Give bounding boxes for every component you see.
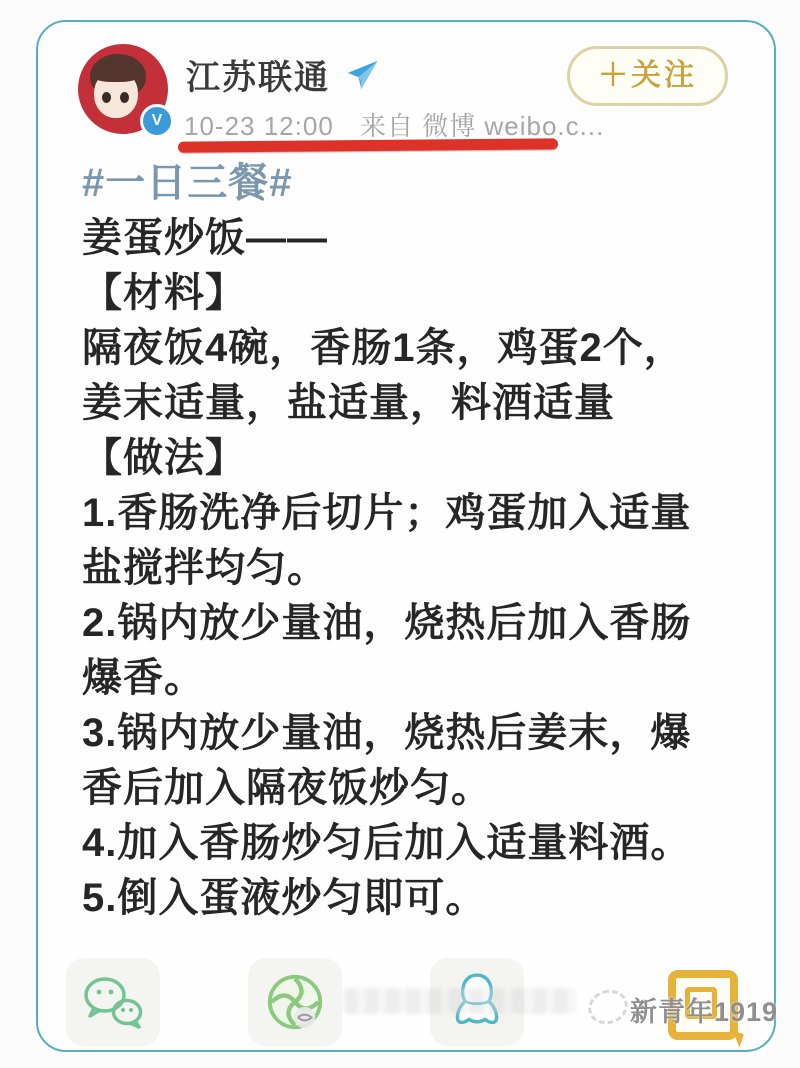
post-text-line: 姜蛋炒饭—— (82, 211, 742, 266)
faint-watermark-smudge (344, 988, 576, 1014)
avatar-eye (102, 92, 111, 103)
hashtag-link[interactable]: #一日三餐# (82, 156, 742, 211)
post-content: #一日三餐# 姜蛋炒饭—— 【材料】 隔夜饭4碗，香肠1条，鸡蛋2个， 姜末适量… (82, 156, 742, 926)
author-name[interactable]: 江苏联通 (186, 50, 330, 99)
post-text-line: 【材料】 (82, 266, 742, 321)
post-text-line: 姜末适量，盐适量，料酒适量 (82, 376, 742, 431)
avatar-fringe (92, 66, 140, 82)
post-text-line: 2.锅内放少量油，烧热后加入香肠 (82, 596, 742, 651)
follow-button[interactable]: ＋关注 (567, 46, 728, 106)
wechat-icon (80, 974, 146, 1030)
wechat-moments-share-tile[interactable] (248, 958, 342, 1046)
wechat-moments-icon (264, 971, 326, 1033)
avatar-eye (120, 92, 129, 103)
red-underline-annotation (178, 138, 558, 152)
post-text-line: 4.加入香肠炒匀后加入适量料酒。 (82, 816, 742, 871)
verified-badge-icon: V (140, 104, 174, 138)
brand-watermark-text: 新青年1919 (630, 990, 778, 1029)
post-text-line: 隔夜饭4碗，香肠1条，鸡蛋2个， (82, 321, 742, 376)
post-text-line: 香后加入隔夜饭炒匀。 (82, 761, 742, 816)
post-text-line: 5.倒入蛋液炒匀即可。 (82, 871, 742, 926)
weibo-post-card: V 江苏联通 10-23 12:00 来自 微博 weibo.c... ＋关注 … (36, 20, 776, 1052)
wechat-share-tile[interactable] (66, 958, 160, 1046)
avatar[interactable]: V (78, 44, 168, 134)
post-meta: 10-23 12:00 来自 微博 weibo.c... (184, 106, 604, 143)
scribble-icon (584, 985, 633, 1030)
post-text-line: 爆香。 (82, 651, 742, 706)
paper-plane-icon (342, 58, 382, 92)
source-label: 来自 微博 weibo.c... (360, 111, 604, 141)
post-text-line: 盐搅拌均匀。 (82, 541, 742, 596)
brand-watermark: 新青年1919 (586, 968, 800, 1046)
post-text-line: 【做法】 (82, 431, 742, 486)
post-text-line: 3.锅内放少量油，烧热后姜末，爆 (82, 706, 742, 761)
author-row: 江苏联通 (186, 50, 382, 99)
timestamp: 10-23 12:00 (184, 111, 334, 141)
post-text-line: 1.香肠洗净后切片；鸡蛋加入适量 (82, 486, 742, 541)
